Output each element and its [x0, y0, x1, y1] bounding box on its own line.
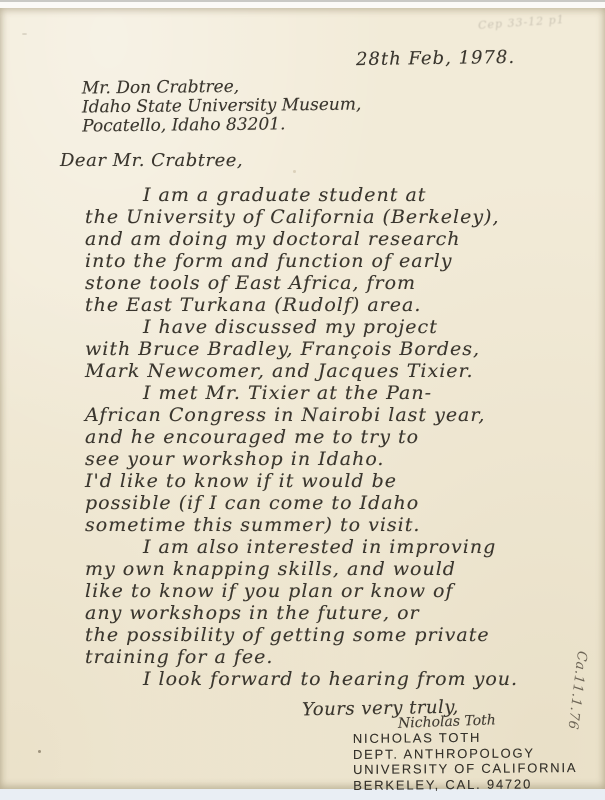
body-line: stone tools of East Africa, from [85, 272, 565, 294]
body-line: the East Turkana (Rudolf) area. [85, 294, 565, 316]
recipient-address: Mr. Don Crabtree, Idaho State University… [82, 77, 362, 137]
body-line: I am also interested in improving [85, 536, 565, 558]
body-line: I have discussed my project [85, 316, 565, 338]
paper-speck [22, 33, 27, 35]
body-line: I am a graduate student at [85, 184, 565, 206]
typed-name-block: NICHOLAS TOTH DEPT. ANTHROPOLOGY UNIVERS… [353, 729, 578, 793]
letter-date: 28th Feb, 1978. [356, 47, 515, 70]
body-line: I'd like to know if it would be [85, 470, 565, 492]
body-line: the University of California (Berkeley), [85, 206, 565, 228]
body-line: sometime this summer) to visit. [85, 514, 565, 536]
scanned-letter: Cep 33-12 p1 28th Feb, 1978. Mr. Don Cra… [0, 0, 605, 800]
body-line: any workshops in the future, or [85, 602, 565, 624]
body-line: I met Mr. Tixier at the Pan- [85, 382, 565, 404]
body-line: with Bruce Bradley, François Bordes, [85, 338, 565, 360]
body-line: and am doing my doctoral research [85, 228, 565, 250]
body-line: and he encouraged me to try to [85, 426, 565, 448]
typed-line: BERKELEY, CAL. 94720 [353, 776, 577, 793]
body-line: I look forward to hearing from you. [85, 668, 565, 690]
paragraph: I look forward to hearing from you. [85, 668, 565, 690]
body-line: into the form and function of early [85, 250, 565, 272]
body-line: like to know if you plan or know of [85, 580, 565, 602]
typed-line: UNIVERSITY OF CALIFORNIA [353, 760, 577, 777]
address-line: Pocatello, Idaho 83201. [82, 115, 362, 137]
body-line: possible (if I can come to Idaho [85, 492, 565, 514]
body-line: my own knapping skills, and would [85, 558, 565, 580]
salutation: Dear Mr. Crabtree, [60, 150, 243, 171]
paragraph: I met Mr. Tixier at the Pan- African Con… [85, 382, 565, 536]
paragraph: I have discussed my project with Bruce B… [85, 316, 565, 382]
signature: Nicholas Toth [398, 712, 496, 731]
body-line: see your workshop in Idaho. [85, 448, 565, 470]
paragraph: I am a graduate student at the Universit… [85, 184, 565, 316]
body-line: African Congress in Nairobi last year, [85, 404, 565, 426]
body-line: the possibility of getting some private [85, 624, 565, 646]
paragraph: I am also interested in improving my own… [85, 536, 565, 668]
body-line: training for a fee. [85, 646, 565, 668]
paper-speck [38, 750, 41, 753]
paper-speck [293, 170, 296, 173]
letter-body: I am a graduate student at the Universit… [85, 184, 565, 690]
body-line: Mark Newcomer, and Jacques Tixier. [85, 360, 565, 382]
